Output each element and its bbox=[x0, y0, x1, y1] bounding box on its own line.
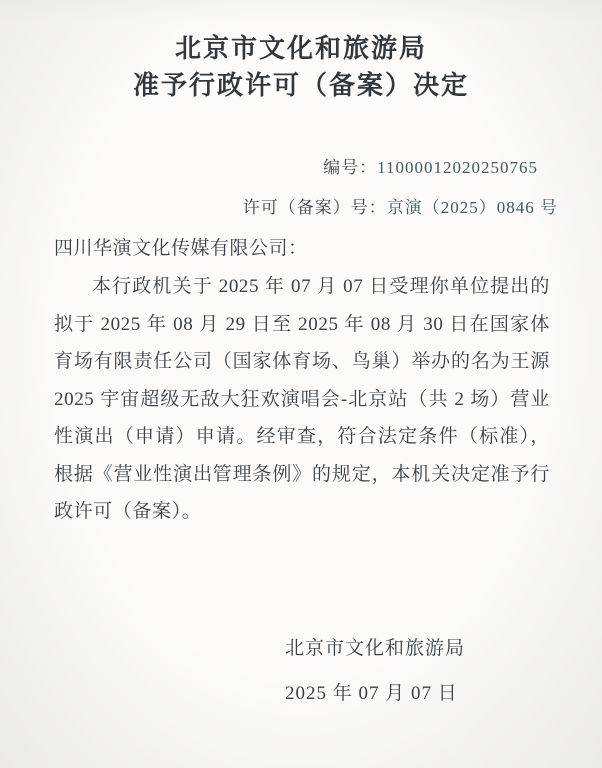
scanned-document: 北京市文化和旅游局 准予行政许可（备案）决定 编号：11000012020250… bbox=[0, 0, 602, 768]
document-title-line2: 准予行政许可（备案）决定 bbox=[0, 67, 602, 104]
document-title-line1: 北京市文化和旅游局 bbox=[0, 30, 602, 67]
signature-agency: 北京市文化和旅游局 bbox=[285, 626, 465, 671]
serial-number-label: 编号： bbox=[323, 158, 377, 177]
document-title: 北京市文化和旅游局 准予行政许可（备案）决定 bbox=[0, 30, 602, 104]
decision-body: 本行政机关于 2025 年 07 月 07 日受理你单位提出的拟于 2025 年… bbox=[54, 268, 550, 531]
license-number-value: 京演（2025）0846 号 bbox=[387, 198, 558, 217]
serial-number-row: 编号：11000012020250765 bbox=[0, 148, 602, 188]
license-number-label: 许可（备案）号： bbox=[243, 198, 387, 217]
document-meta: 编号：11000012020250765 许可（备案）号：京演（2025）084… bbox=[0, 148, 602, 228]
serial-number-value: 11000012020250765 bbox=[377, 158, 538, 177]
license-number-row: 许可（备案）号：京演（2025）0846 号 bbox=[0, 188, 602, 228]
signature-block: 北京市文化和旅游局 2025 年 07 月 07 日 bbox=[285, 626, 465, 716]
signature-date: 2025 年 07 月 07 日 bbox=[285, 671, 465, 716]
recipient-line: 四川华演文化传媒有限公司： bbox=[54, 233, 550, 265]
